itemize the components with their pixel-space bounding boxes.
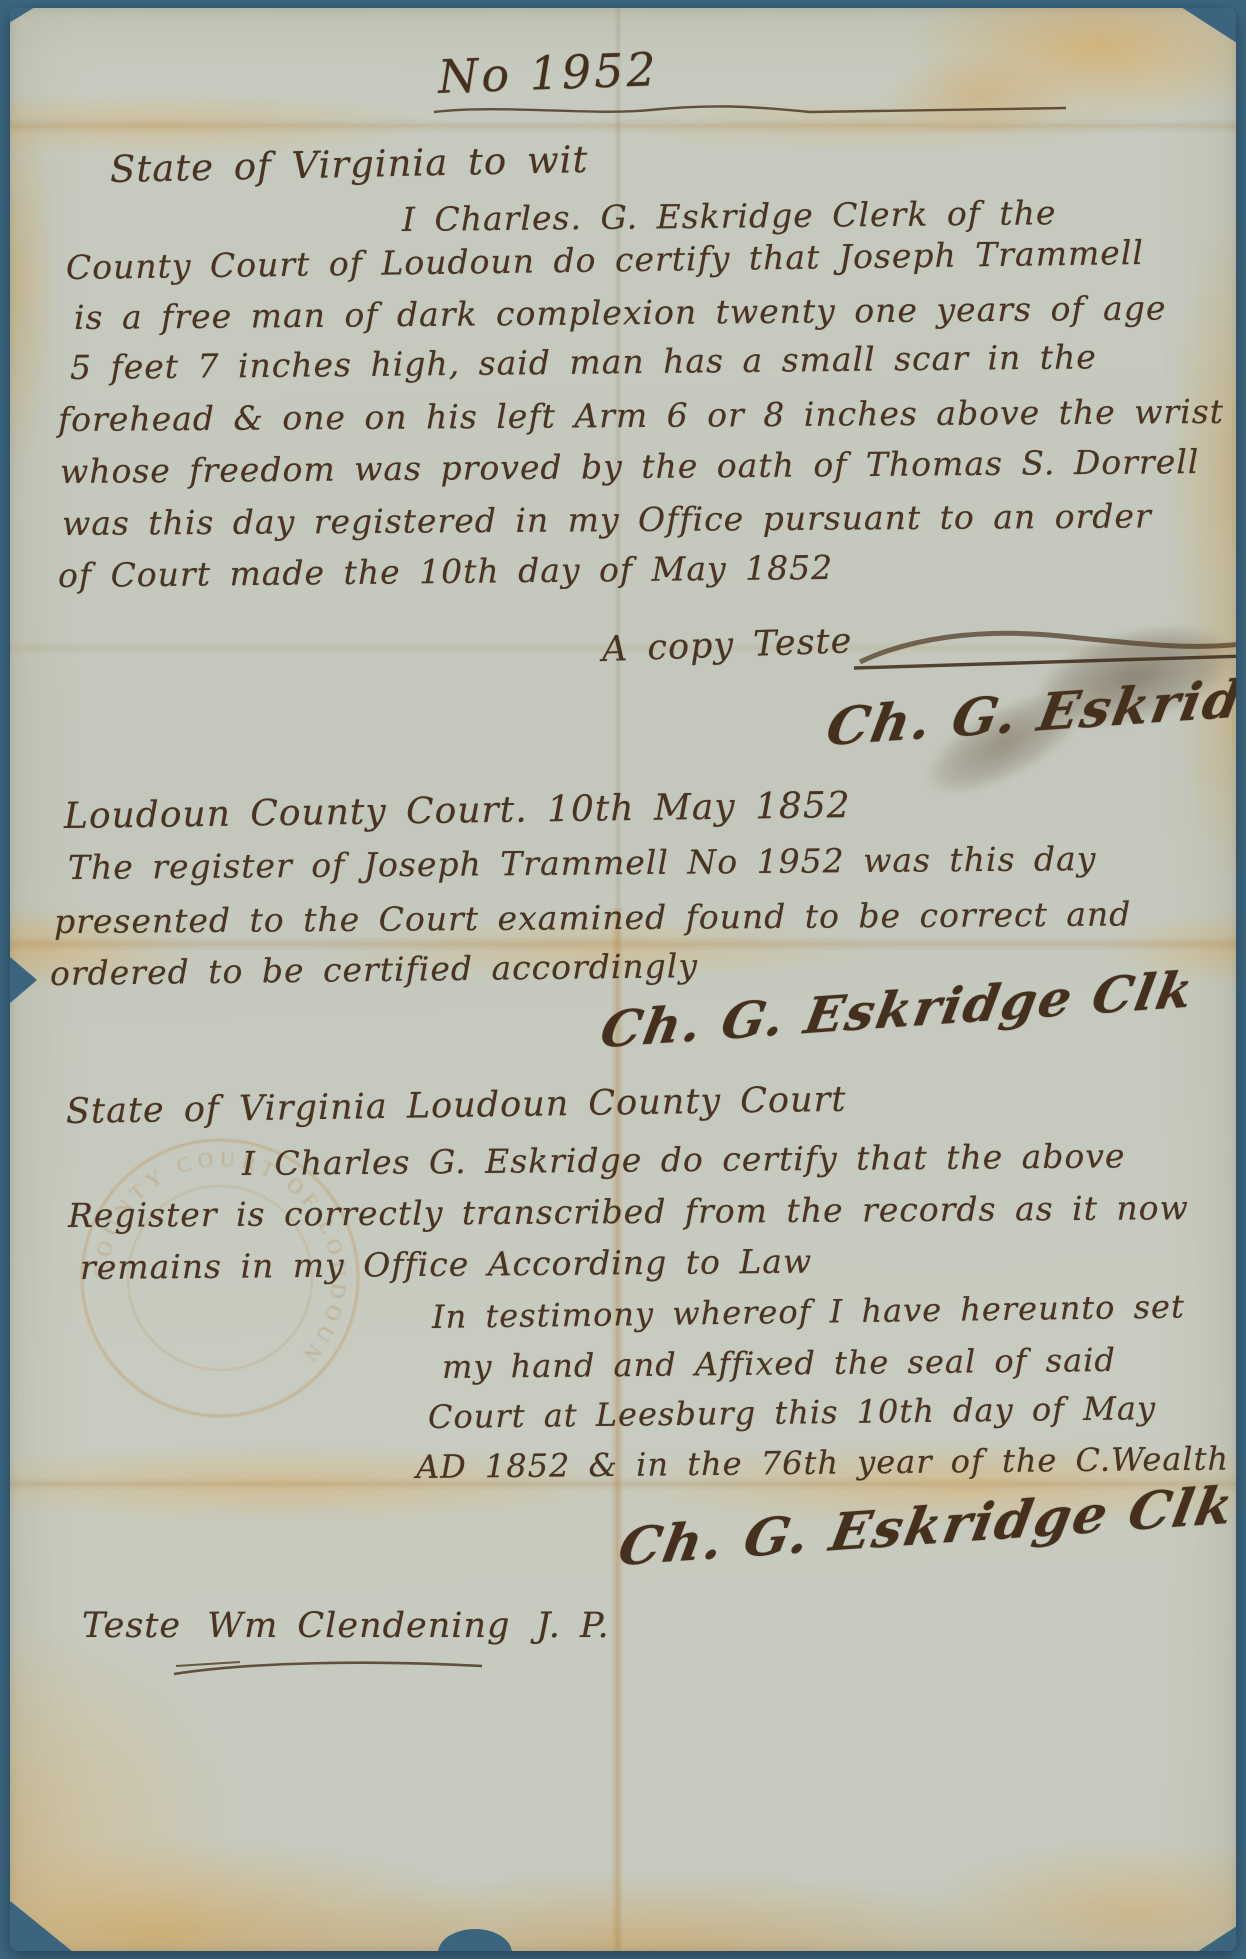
register-line: I Charles. G. Eskridge Clerk of the (402, 193, 1057, 239)
register-line: of Court made the 10th day of May 1852 (58, 548, 834, 595)
paper-tear (438, 1929, 512, 1951)
paper-tear (1197, 1926, 1236, 1951)
manuscript-page: COUNTY COURT OF LOUDOUN No 1952 State of… (10, 8, 1236, 1951)
register-line: whose freedom was proved by the oath of … (60, 442, 1200, 491)
document-number: No 1952 (437, 42, 659, 104)
register-attestation: A copy Teste (601, 621, 853, 670)
court-order-line: ordered to be certified accordingly (50, 946, 698, 993)
clerk-signature: Ch. G. Eskridge Clk (822, 655, 1236, 758)
witness-underline (170, 1656, 490, 1682)
register-line: forehead & one on his left Arm 6 or 8 in… (58, 392, 1224, 439)
certification-line: I Charles G. Eskridge do certify that th… (242, 1136, 1126, 1183)
witness-name: Wm Clendening (207, 1606, 510, 1646)
court-order-line: The register of Joseph Trammell No 1952 … (68, 839, 1097, 887)
clerk-signature: Ch. G. Eskridge Clk (614, 1475, 1236, 1578)
paper-tear (10, 1900, 73, 1951)
certification-line: In testimony whereof I have hereunto set (432, 1287, 1185, 1336)
certification-line: State of Virginia Loudoun County Court (66, 1080, 847, 1132)
register-heading: State of Virginia to wit (110, 138, 589, 191)
certification-line: remains in my Office According to Law (80, 1242, 813, 1287)
paper-tear (1181, 8, 1236, 43)
court-order-line: presented to the Court examined found to… (54, 894, 1132, 941)
register-line: County Court of Loudoun do certify that … (66, 233, 1144, 287)
teste-line: Teste Wm Clendening J. P. (82, 1606, 610, 1646)
register-line: was this day registered in my Office pur… (62, 496, 1152, 543)
register-line: is a free man of dark complexion twenty … (74, 288, 1167, 337)
paper-tear (10, 956, 37, 1004)
certification-line: my hand and Affixed the seal of said (442, 1341, 1116, 1386)
teste-label: Teste (82, 1606, 181, 1646)
certification-line: Court at Leesburg this 10th day of May (428, 1389, 1156, 1436)
witness-title: J. P. (536, 1606, 609, 1646)
certification-line: Register is correctly transcribed from t… (68, 1188, 1189, 1235)
court-order-line: Loudoun County Court. 10th May 1852 (64, 785, 851, 837)
document-number-underline (430, 100, 1070, 122)
paper-tear (10, 8, 35, 23)
certification-line: AD 1852 & in the 76th year of the C.Weal… (416, 1439, 1229, 1486)
fold-crease-top (10, 118, 1236, 134)
register-line: 5 feet 7 inches high, said man has a sma… (70, 337, 1097, 387)
